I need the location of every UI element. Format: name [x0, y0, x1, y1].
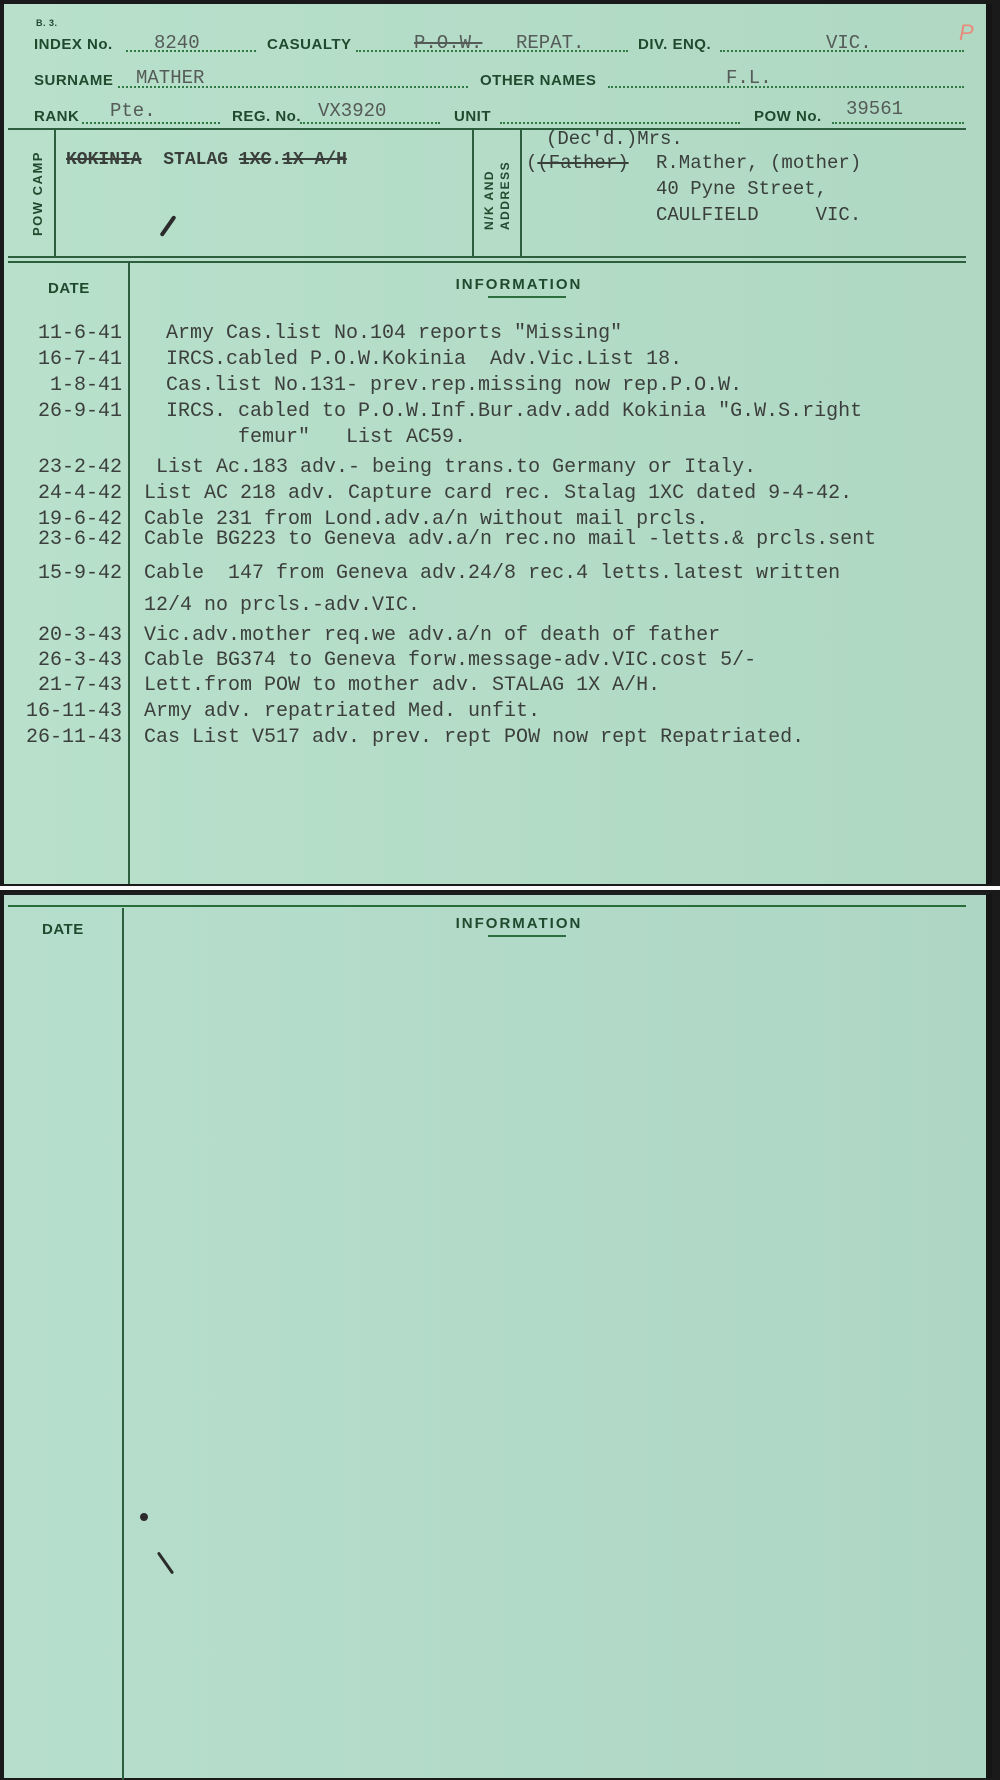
date-column-header: DATE	[42, 921, 84, 938]
entry-date: 21-7-43	[4, 674, 122, 697]
index-card-front: B. 3. P INDEX No. 8240 CASUALTY P.O.W. R…	[4, 4, 992, 884]
entry-date: 16-7-41	[4, 348, 122, 371]
div-enq-label: DIV. ENQ.	[638, 36, 711, 53]
entry-information: Cable BG223 to Geneva adv.a/n rec.no mai…	[144, 528, 876, 551]
date-column-header: DATE	[48, 280, 90, 297]
entry-information: IRCS.cabled P.O.W.Kokinia Adv.Vic.List 1…	[166, 348, 682, 371]
information-column-header: INFORMATION	[254, 915, 784, 932]
information-column-header: INFORMATION	[254, 276, 784, 293]
surname-value: MATHER	[136, 67, 204, 89]
entry-information: Army adv. repatriated Med. unfit.	[144, 700, 540, 723]
entry-information: Cas.list No.131- prev.rep.missing now re…	[166, 374, 742, 397]
casualty-value: REPAT.	[516, 32, 584, 54]
ink-dot	[140, 1513, 148, 1521]
other-names-value: F.L.	[726, 67, 772, 89]
nok-label-line1: N/K AND	[482, 170, 496, 230]
reg-no-value: VX3920	[318, 100, 386, 122]
entry-information: Cable BG374 to Geneva forw.message-adv.V…	[144, 649, 756, 672]
entry-information: Army Cas.list No.104 reports "Missing"	[166, 322, 622, 345]
date-column-divider	[122, 908, 124, 1780]
entry-date: 16-11-43	[4, 700, 122, 723]
entry-date: 23-2-42	[4, 456, 122, 479]
entry-date: 11-6-41	[4, 322, 122, 345]
pow-camp-struck: KOKINIA	[66, 150, 142, 170]
corner-mark: P	[959, 20, 974, 46]
nok-town: CAULFIELD VIC.	[656, 204, 861, 226]
rank-label: RANK	[34, 108, 79, 125]
entry-information: Cable 147 from Geneva adv.24/8 rec.4 let…	[144, 562, 840, 585]
entry-date: 26-3-43	[4, 649, 122, 672]
date-column-divider	[128, 263, 130, 884]
other-names-label: OTHER NAMES	[480, 72, 596, 89]
entry-date: 20-3-43	[4, 624, 122, 647]
entry-information: Lett.from POW to mother adv. STALAG 1X A…	[144, 674, 660, 697]
casualty-label: CASUALTY	[267, 36, 352, 53]
entry-date: 15-9-42	[4, 562, 122, 585]
entry-information: List AC 218 adv. Capture card rec. Stala…	[144, 482, 852, 505]
entry-date: 26-9-41	[4, 400, 122, 423]
nok-street: 40 Pyne Street,	[656, 178, 827, 200]
reg-no-label: REG. No.	[232, 108, 301, 125]
ink-mark	[159, 215, 176, 237]
index-value: 8240	[154, 32, 200, 54]
entry-date: 1-8-41	[4, 374, 122, 397]
rank-value: Pte.	[110, 100, 156, 122]
entry-date: 23-6-42	[4, 528, 122, 551]
index-card-back: DATE INFORMATION	[4, 892, 992, 1778]
nok-name: R.Mather, (mother)	[656, 152, 861, 174]
entry-information: Vic.adv.mother req.we adv.a/n of death o…	[144, 624, 720, 647]
index-label: INDEX No.	[34, 36, 113, 53]
entry-information: femur" List AC59.	[166, 426, 466, 449]
nok-label-line2: ADDRESS	[498, 161, 512, 230]
ink-mark	[157, 1551, 174, 1574]
pow-no-value: 39561	[846, 98, 903, 120]
entry-date: 24-4-42	[4, 482, 122, 505]
casualty-struck: P.O.W.	[414, 32, 482, 54]
pow-camp-label: POW CAMP	[30, 151, 45, 236]
nok-relation-struck: ((Father)	[526, 152, 629, 174]
nok-deceased-note: (Dec'd.)Mrs.	[546, 128, 683, 150]
pow-no-label: POW No.	[754, 108, 822, 125]
div-enq-value: VIC.	[826, 32, 872, 54]
entry-information: IRCS. cabled to P.O.W.Inf.Bur.adv.add Ko…	[166, 400, 862, 423]
entry-information: 12/4 no prcls.-adv.VIC.	[144, 594, 420, 617]
entry-information: List Ac.183 adv.- being trans.to Germany…	[144, 456, 756, 479]
pow-camp-value: KOKINIA STALAG 1XC.1X A/H	[66, 150, 347, 170]
surname-label: SURNAME	[34, 72, 113, 89]
entry-information: Cas List V517 adv. prev. rept POW now re…	[144, 726, 804, 749]
form-code: B. 3.	[36, 18, 58, 28]
unit-label: UNIT	[454, 108, 491, 125]
entry-date: 26-11-43	[4, 726, 122, 749]
